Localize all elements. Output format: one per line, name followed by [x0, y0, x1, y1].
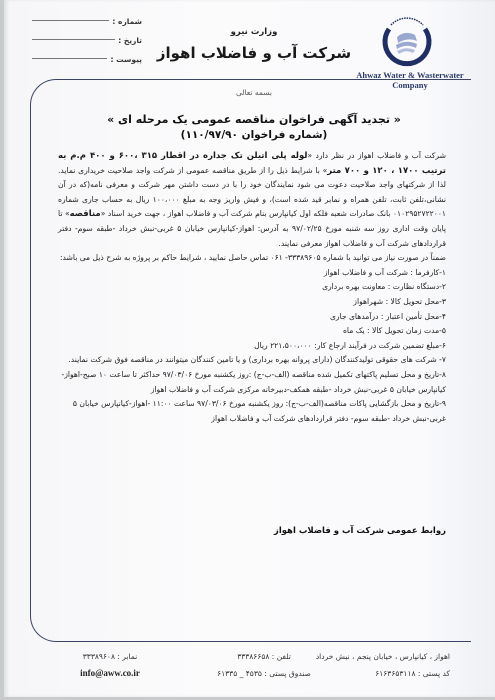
list-item: ۸-تاریخ و محل تسلیم پاکتهای تکمیل شده من…	[58, 368, 446, 397]
intro-text-1: شرکت آب و فاضلاب اهواز در نظر دارد «	[307, 151, 446, 160]
conditions-list: ۱-کارفرما : شرکت آب و فاضلاب اهواز ۲-دست…	[58, 266, 446, 427]
number-line	[32, 20, 109, 21]
announcement-title: « تجدید آگهی فراخوان مناقصه عمومی یک مرح…	[64, 113, 444, 126]
water-company-logo-icon	[381, 15, 433, 67]
footer-phone-block: تلفن : ۳۳۳۸۶۶۵۸ صندوق پستی : ۴۵۳۵ _ ۶۱۳۳…	[204, 648, 324, 682]
company-name: شرکت آب و فاضلاب اهواز	[154, 44, 354, 62]
number-field: شماره :	[32, 14, 142, 29]
contact-paragraph: ضمناً در صورت نیاز می توانید با شماره ۳۳…	[58, 251, 446, 266]
footer-phone: تلفن : ۳۳۳۸۶۶۵۸	[204, 648, 324, 665]
signature: روابط عمومی شرکت آب و فاضلاب اهواز	[58, 526, 446, 536]
footer-po-box: صندوق پستی : ۴۵۳۵ _ ۶۱۳۳۵	[204, 665, 324, 682]
date-label: تاریخ :	[118, 36, 142, 45]
number-label: شماره :	[112, 17, 142, 26]
announcement-body: شرکت آب و فاضلاب اهواز در نظر دارد «لوله…	[58, 149, 446, 426]
bismillah: بسمه تعالی	[154, 88, 354, 97]
footer-fax: نمابر : ۳۳۳۸۹۶۰۸	[60, 648, 160, 665]
attachment-field: پیوست :	[32, 52, 142, 67]
attachment-line	[32, 58, 107, 59]
list-item: ۷- شرکت های حقوقی تولیدکنندگان (دارای پر…	[58, 353, 446, 368]
list-item: ۲-دستگاه نظارت : معاونت بهره برداری	[58, 280, 446, 295]
footer-address: اهواز ، کیانپارس ، خیابان پنجم ، نبش خرد…	[304, 648, 450, 665]
ministry-name: وزارت نیرو	[154, 27, 354, 37]
list-item: ۳-محل تحویل کالا : شهراهواز	[58, 295, 446, 310]
footer-address-block: اهواز ، کیانپارس ، خیابان پنجم ، نبش خرد…	[304, 648, 450, 682]
footer-postal-code: کد پستی : ۶۱۶۳۶۵۳۱۱۸	[304, 665, 450, 682]
list-item: ۴-محل تأمین اعتبار : درآمدهای جاری	[58, 310, 446, 325]
list-item: ۹-تاریخ و محل بازگشایی پاکات مناقصه(الف-…	[58, 397, 446, 426]
letter-page: شماره : تاریخ : پیوست : وزارت نیرو شرکت …	[4, 0, 495, 697]
date-line	[32, 39, 115, 40]
footer-email[interactable]: info@aww.co.ir	[60, 665, 160, 682]
list-item: ۶-مبلغ تضمین شرکت در فرآیند ارجاع کار: ۲…	[58, 339, 446, 354]
letterhead-footer: اهواز ، کیانپارس ، خیابان پنجم ، نبش خرد…	[4, 648, 495, 688]
reference-fields: شماره : تاریخ : پیوست :	[32, 14, 142, 71]
list-item: ۵-مدت زمان تحویل کالا : یک ماه	[58, 324, 446, 339]
announcement-number: (شماره فراخوان ۱۱۰/۹۷/۹۰)	[64, 129, 444, 141]
attachment-label: پیوست :	[110, 55, 142, 64]
intro-bold-tender: مناقصه	[70, 209, 101, 219]
intro-paragraph: شرکت آب و فاضلاب اهواز در نظر دارد «لوله…	[58, 149, 446, 251]
list-item: ۱-کارفرما : شرکت آب و فاضلاب اهواز	[58, 266, 446, 281]
date-field: تاریخ :	[32, 33, 142, 48]
footer-fax-block: نمابر : ۳۳۳۸۹۶۰۸ info@aww.co.ir	[60, 648, 160, 682]
